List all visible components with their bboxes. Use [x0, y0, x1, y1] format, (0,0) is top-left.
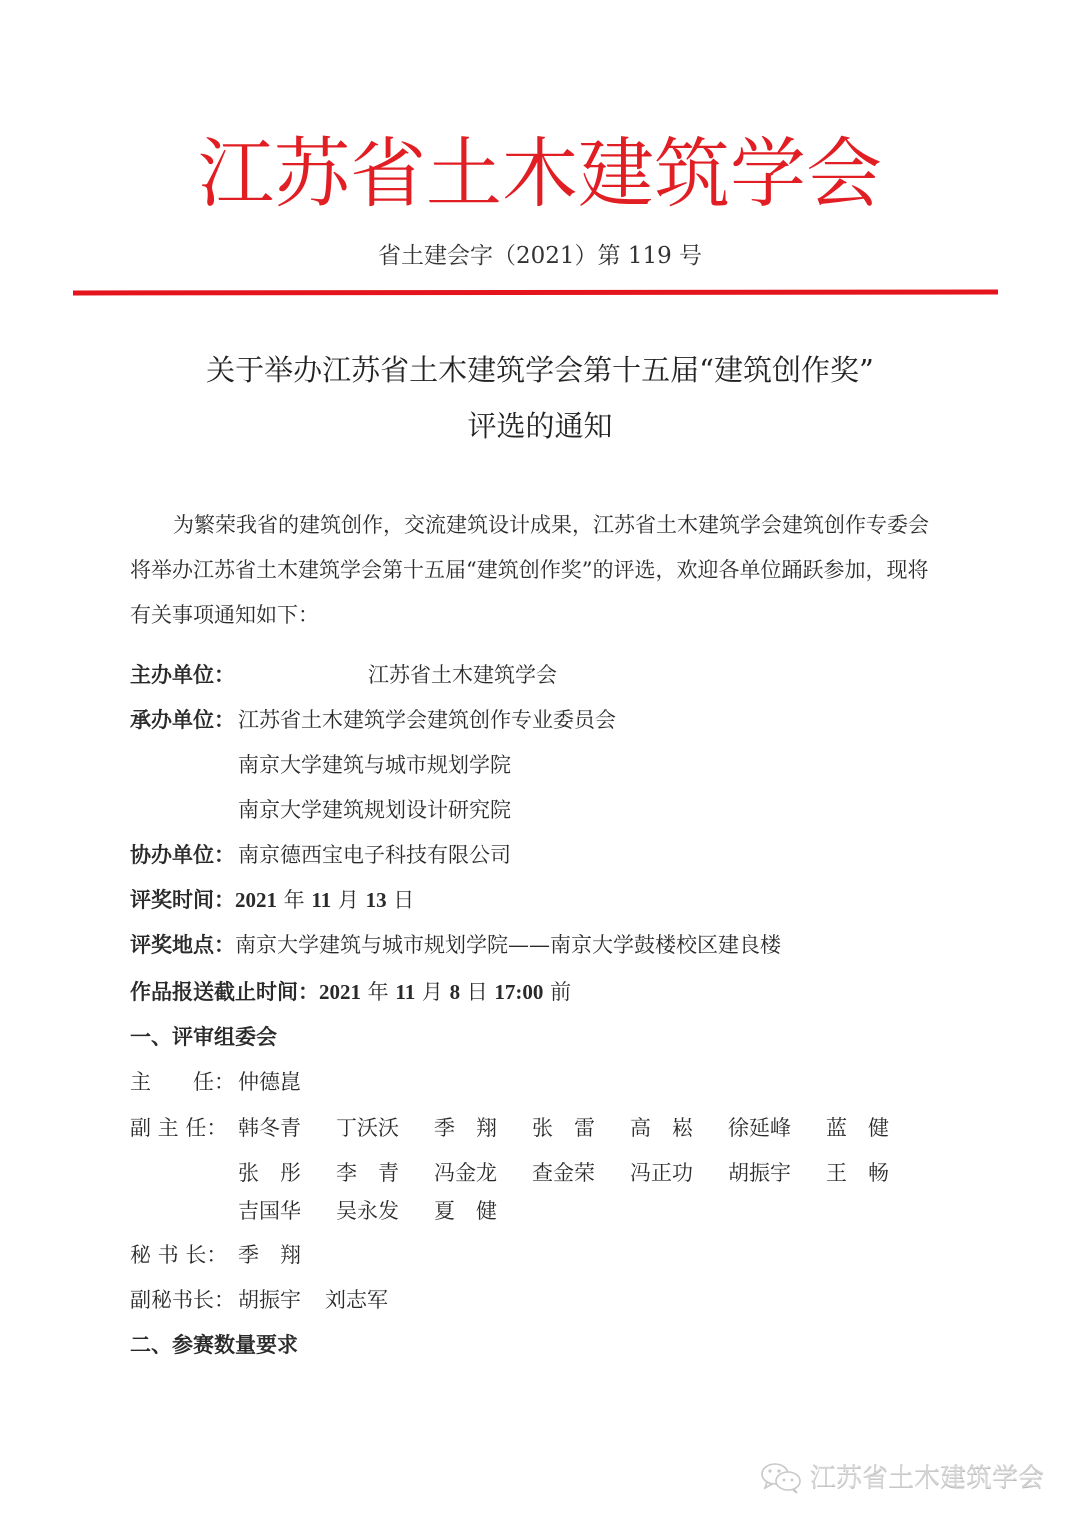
organizer-value: 南京大学建筑与城市规划学院 [238, 750, 511, 780]
deadline-time: 17:00 [494, 980, 543, 1004]
vice-chair-name: 吴永发 [336, 1196, 399, 1226]
host-row: 主办单位： 江苏省土木建筑学会 [130, 660, 930, 690]
judging-year: 2021 [235, 888, 277, 912]
vice-chair-name: 夏 健 [434, 1196, 497, 1226]
vice-chair-name: 张 雷 [532, 1113, 595, 1143]
day-unit: 日 [460, 980, 494, 1004]
host-value: 江苏省土木建筑学会 [368, 660, 557, 690]
chair-label: 主 任： [130, 1067, 235, 1097]
deadline-row: 作品报送截止时间：2021 年 11 月 8 日 17:00 前 [130, 977, 571, 1007]
section-heading-entry-quantity: 二、参赛数量要求 [130, 1330, 298, 1360]
month-unit: 月 [415, 980, 449, 1004]
judging-place-label: 评奖地点： [130, 932, 235, 957]
judging-place-row: 评奖地点：南京大学建筑与城市规划学院——南京大学鼓楼校区建良楼 [130, 930, 781, 960]
wechat-watermark: 江苏省土木建筑学会 [760, 1460, 1044, 1496]
co-organizer-label: 协办单位： [130, 842, 235, 867]
deputy-secretary-name: 刘志军 [325, 1285, 388, 1315]
vice-chair-name: 胡振宇 [728, 1158, 791, 1188]
year-unit: 年 [361, 980, 395, 1004]
year-unit: 年 [277, 888, 311, 912]
judging-month: 11 [311, 888, 331, 912]
wechat-icon [760, 1461, 804, 1495]
intro-paragraph-line: 为繁荣我省的建筑创作，交流建筑设计成果，江苏省土木建筑学会建筑创作专委会 [173, 510, 929, 540]
chair-name: 仲德崑 [238, 1067, 301, 1097]
co-organizer-row: 协办单位： 南京德西宝电子科技有限公司 [130, 840, 930, 870]
deadline-suffix: 前 [543, 980, 571, 1004]
vice-chair-name: 查金荣 [532, 1158, 595, 1188]
host-label: 主办单位： [130, 662, 235, 687]
vice-chair-name: 张 彤 [238, 1158, 301, 1188]
intro-paragraph-line: 将举办江苏省土木建筑学会第十五届“建筑创作奖”的评选，欢迎各单位踊跃参加，现将 [130, 555, 928, 585]
intro-paragraph-line: 有关事项通知如下： [130, 600, 319, 630]
month-unit: 月 [331, 888, 365, 912]
org-title: 江苏省土木建筑学会 [0, 128, 1080, 220]
organizer-label: 承办单位： [130, 707, 235, 732]
watermark-text: 江苏省土木建筑学会 [810, 1460, 1044, 1496]
notice-title-line-1: 关于举办江苏省土木建筑学会第十五届“建筑创作奖” [0, 350, 1080, 390]
judging-time-row: 评奖时间：2021 年 11 月 13 日 [130, 885, 414, 915]
secretary-general-label: 秘 书 长： [130, 1240, 227, 1270]
vice-chair-name: 李 青 [336, 1158, 399, 1188]
co-organizer-value: 南京德西宝电子科技有限公司 [238, 840, 511, 870]
organizer-row: 承办单位： 江苏省土木建筑学会建筑创作专业委员会 南京大学建筑与城市规划学院 南… [130, 705, 930, 825]
vice-chair-name: 吉国华 [238, 1196, 301, 1226]
organizer-value: 南京大学建筑规划设计研究院 [238, 795, 511, 825]
vice-chair-name: 冯正功 [630, 1158, 693, 1188]
judging-day: 13 [366, 888, 387, 912]
vice-chair-name: 韩冬青 [238, 1113, 301, 1143]
day-unit: 日 [387, 888, 415, 912]
vice-chair-name: 丁沃沃 [336, 1113, 399, 1143]
judging-time-label: 评奖时间： [130, 887, 235, 912]
deputy-secretary-name: 胡振宇 [238, 1285, 301, 1315]
vice-chair-name: 徐延峰 [728, 1113, 791, 1143]
section-heading-committee: 一、评审组委会 [130, 1022, 277, 1052]
deadline-day: 8 [450, 980, 461, 1004]
vice-chair-name: 高 崧 [630, 1113, 693, 1143]
document-number: 省土建会字（2021）第 119 号 [0, 240, 1080, 272]
deadline-month: 11 [395, 980, 415, 1004]
deadline-label: 作品报送截止时间： [130, 979, 319, 1004]
judging-place-value: 南京大学建筑与城市规划学院——南京大学鼓楼校区建良楼 [235, 933, 781, 957]
vice-chair-label: 副 主 任： [130, 1113, 227, 1143]
secretary-general-name: 季 翔 [238, 1240, 301, 1270]
vice-chair-name: 冯金龙 [434, 1158, 497, 1188]
vice-chair-name: 王 畅 [826, 1158, 889, 1188]
deputy-secretary-label: 副秘书长： [130, 1285, 235, 1315]
organizer-value: 江苏省土木建筑学会建筑创作专业委员会 [238, 705, 616, 735]
notice-title-line-2: 评选的通知 [0, 406, 1080, 446]
red-header-rule [73, 290, 998, 296]
vice-chair-name: 蓝 健 [826, 1113, 889, 1143]
vice-chair-name: 季 翔 [434, 1113, 497, 1143]
deadline-year: 2021 [319, 980, 361, 1004]
